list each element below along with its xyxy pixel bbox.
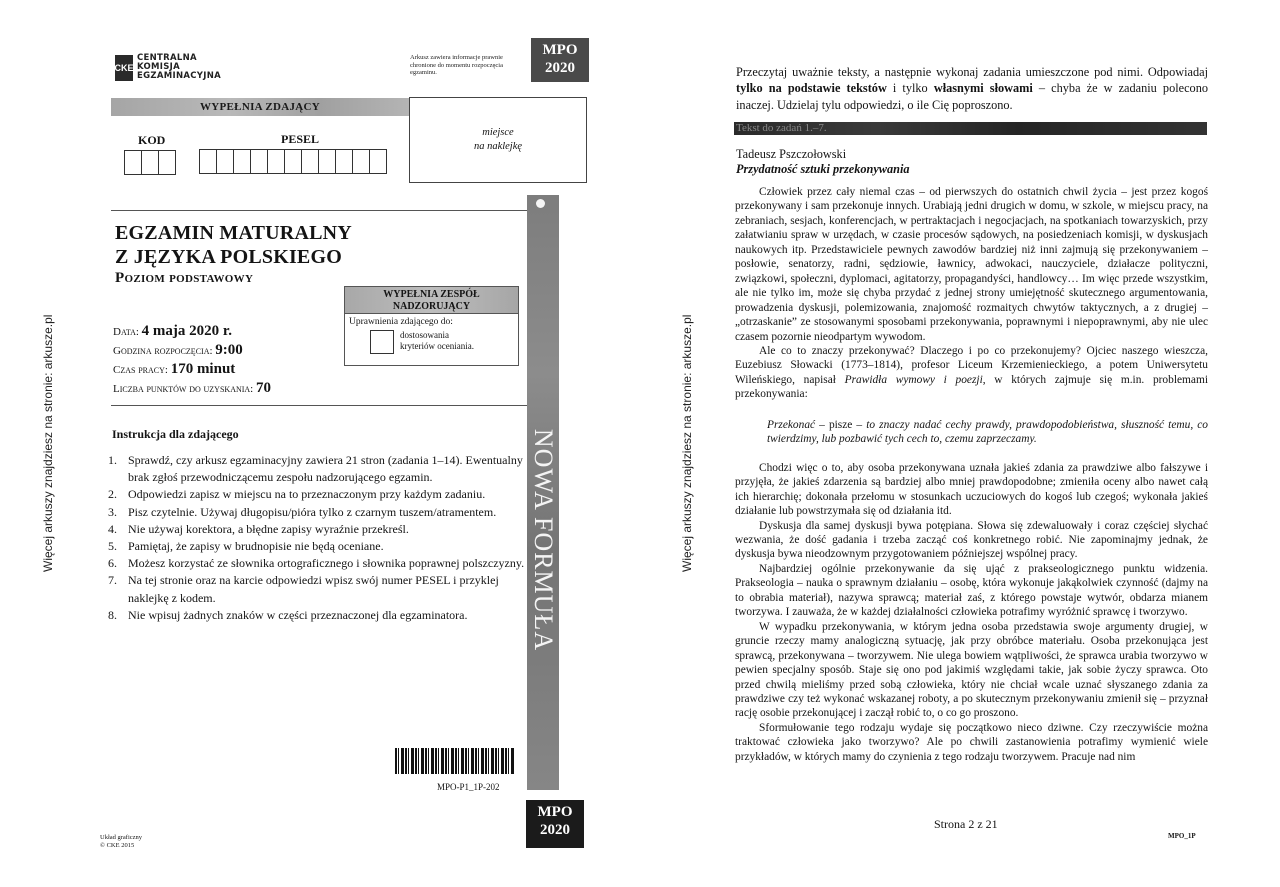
side-note-right: Więcej arkuszy znajdziesz na stronie: ar… [680, 322, 694, 572]
digit-cell[interactable] [233, 149, 251, 174]
supervisor-box: WYPEŁNIA ZESPÓŁ NADZORUJĄCY Uprawnienia … [344, 286, 519, 366]
list-item: 3.Pisz czytelnie. Używaj długopisu/pióra… [108, 504, 528, 521]
mpo-badge-top: MPO 2020 [531, 38, 589, 82]
digit-cell[interactable] [335, 149, 353, 174]
paragraph: W wypadku przekonywania, w którym jedna … [735, 620, 1208, 721]
list-item: 5.Pamiętaj, że zapisy w brudnopisie nie … [108, 538, 528, 555]
work-title: Przydatność sztuki przekonywania [736, 162, 910, 177]
supervisor-header: WYPEŁNIA ZESPÓŁ NADZORUJĄCY [345, 287, 518, 314]
kod-field[interactable] [124, 150, 175, 175]
strip-text: NOWA FORMUŁA [528, 429, 558, 651]
paragraph: Ale co to znaczy przekonywać? Dlaczego i… [735, 344, 1208, 402]
adjusted-criteria-label: dostosowania kryteriów oceniania. [400, 330, 474, 352]
sticker-area: miejsce na naklejkę [409, 97, 587, 183]
author: Tadeusz Pszczołowski [736, 147, 846, 162]
article-body: Człowiek przez cały niemal czas – od pie… [735, 185, 1208, 764]
meta-points: Liczba punktów do uzyskania: 70 [113, 379, 271, 398]
list-item: 8.Nie wpisuj żadnych znaków w części prz… [108, 607, 528, 624]
kod-label: KOD [138, 133, 165, 148]
digit-cell[interactable] [301, 149, 319, 174]
pesel-field[interactable] [199, 149, 386, 174]
digit-cell[interactable] [284, 149, 302, 174]
footer-code: MPO_1P [1168, 832, 1196, 840]
paragraph: Chodzi więc o to, aby osoba przekonywana… [735, 461, 1208, 519]
meta-start-time: Godzina rozpoczęcia: 9:00 [113, 341, 271, 360]
page-number: Strona 2 z 21 [934, 817, 998, 832]
exam-meta: Data: 4 maja 2020 r. Godzina rozpoczęcia… [113, 322, 271, 398]
divider [111, 405, 531, 406]
supervisor-label: Uprawnienia zdającego do: [345, 314, 518, 327]
digit-cell[interactable] [318, 149, 336, 174]
meta-duration: Czas pracy: 170 minut [113, 360, 271, 379]
strip-dot-icon [536, 199, 545, 208]
list-item: 2.Odpowiedzi zapisz w miejscu na to prze… [108, 486, 528, 503]
paragraph: Człowiek przez cały niemal czas – od pie… [735, 185, 1208, 344]
layout-credit: Układ graficzny © CKE 2015 [100, 834, 142, 850]
cke-logo-icon: CKE [115, 55, 133, 81]
digit-cell[interactable] [352, 149, 370, 174]
list-item: 4.Nie używaj korektora, a błędne zapisy … [108, 521, 528, 538]
exam-title: EGZAMIN MATURALNY Z JĘZYKA POLSKIEGO [115, 221, 352, 269]
digit-cell[interactable] [216, 149, 234, 174]
barcode [395, 748, 515, 774]
pesel-label: PESEL [281, 132, 319, 147]
intro-instructions: Przeczytaj uważnie teksty, a następnie w… [736, 64, 1208, 113]
list-item: 7.Na tej stronie oraz na karcie odpowied… [108, 572, 528, 606]
mpo-badge-bottom: MPO 2020 [526, 800, 584, 848]
meta-date: Data: 4 maja 2020 r. [113, 322, 271, 341]
paragraph: Najbardziej ogólnie przekonywanie da się… [735, 562, 1208, 620]
barcode-label: MPO-P1_1P-202 [437, 782, 500, 792]
digit-cell[interactable] [124, 150, 142, 175]
divider [111, 210, 531, 211]
paragraph: Dyskusja dla samej dyskusji bywa potępia… [735, 519, 1208, 562]
instructions-title: Instrukcja dla zdającego [112, 427, 239, 442]
digit-cell[interactable] [141, 150, 159, 175]
nowa-formula-strip: NOWA FORMUŁA [527, 195, 559, 790]
digit-cell[interactable] [158, 150, 176, 175]
cke-logo-text: CENTRALNA KOMISJA EGZAMINACYJNA [137, 54, 221, 81]
adjusted-criteria-checkbox[interactable] [370, 330, 394, 354]
digit-cell[interactable] [199, 149, 217, 174]
confidential-note: Arkusz zawiera informacje prawnie chroni… [410, 54, 520, 77]
quote: Przekonać – pisze – to znaczy nadać cech… [735, 418, 1208, 447]
paragraph: Sformułowanie tego rodzaju wydaje się po… [735, 721, 1208, 764]
digit-cell[interactable] [267, 149, 285, 174]
section-header: Tekst do zadań 1.–7. [734, 122, 1207, 135]
cke-logo: CKE CENTRALNA KOMISJA EGZAMINACYJNA [115, 54, 221, 81]
list-item: 6.Możesz korzystać ze słownika ortografi… [108, 555, 528, 572]
digit-cell[interactable] [250, 149, 268, 174]
instructions-list: 1.Sprawdź, czy arkusz egzaminacyjny zawi… [108, 452, 528, 624]
list-item: 1.Sprawdź, czy arkusz egzaminacyjny zawi… [108, 452, 528, 486]
side-note-left: Więcej arkuszy znajdziesz na stronie: ar… [41, 322, 55, 572]
digit-cell[interactable] [369, 149, 387, 174]
exam-level: Poziom podstawowy [115, 270, 253, 287]
fill-by-candidate-header: WYPEŁNIA ZDAJĄCY [111, 98, 409, 116]
